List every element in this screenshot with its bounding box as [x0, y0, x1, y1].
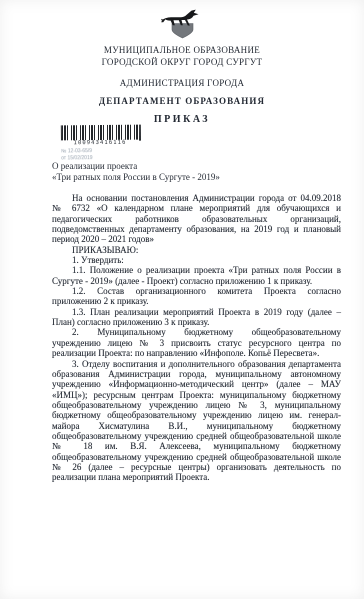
document-page: МУНИЦИПАЛЬНОЕ ОБРАЗОВАНИЕГОРОДСКОЙ ОКРУГ… [0, 0, 364, 599]
subject-line2: «Три ратных поля России в Сургуте - 2019… [52, 172, 302, 183]
header-administration: АДМИНИСТРАЦИЯ ГОРОДА [0, 78, 364, 88]
order-word: ПРИКАЗЫВАЮ: [52, 245, 341, 255]
order-item-1-2: 1.2. Состав организационного комитета Пр… [52, 286, 341, 307]
barcode-number: 100943416116 [61, 140, 139, 147]
order-item-3: 3. Отделу воспитания и дополнительного о… [52, 359, 341, 483]
header-org-line2: ГОРОДСКОЙ ОКРУГ ГОРОД СУРГУТ [102, 57, 263, 67]
surgut-coat-of-arms [160, 8, 204, 42]
order-item-1-3: 1.3. План реализации мероприятий Проекта… [52, 307, 341, 328]
registration-barcode: 100943416116 № 12-03-65/9 от 15/02/2019 [61, 125, 141, 162]
document-body: На основании постановления Администрации… [52, 193, 341, 483]
order-item-2: 2. Муниципальному бюджетному общеобразов… [52, 327, 341, 358]
subject-line1: О реализации проекта [52, 161, 302, 172]
header-department: ДЕПАРТАМЕНТ ОБРАЗОВАНИЯ [0, 96, 364, 106]
header-organization: МУНИЦИПАЛЬНОЕ ОБРАЗОВАНИЕГОРОДСКОЙ ОКРУГ… [0, 45, 364, 68]
emblem-fox-icon [160, 8, 204, 42]
order-item-1-1: 1.1. Положение о реализации проекта «Три… [52, 265, 341, 286]
document-type-title: ПРИКАЗ [0, 114, 364, 125]
document-subject: О реализации проекта «Три ратных поля Ро… [52, 161, 302, 184]
header-org-line1: МУНИЦИПАЛЬНОЕ ОБРАЗОВАНИЕ [104, 45, 260, 55]
preamble-paragraph: На основании постановления Администрации… [52, 193, 341, 245]
order-item-1: 1. Утвердить: [52, 255, 341, 265]
